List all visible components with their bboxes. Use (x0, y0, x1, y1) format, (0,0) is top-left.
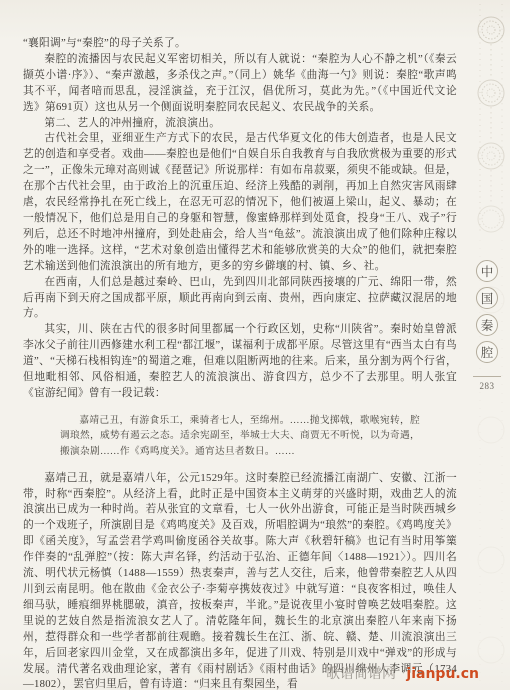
series-title-char: 腔 (481, 343, 494, 361)
sidebar-series-title: 中 国 秦 腔 283 (472, 260, 502, 391)
series-title-char: 秦 (481, 316, 494, 334)
book-page: “襄阳调”与“秦腔”的母子关系了。 秦腔的流播因与农民起义军密切相关，所以有人就… (0, 0, 510, 690)
series-title-char-circle: 国 (476, 287, 498, 309)
watermark-site-url: jianpu.cn (406, 666, 479, 682)
paragraph-chuan-shaan-region: 其实，川、陕在古代的很多时间里都属一个行政区划，史称“川陕省”。秦时始皇曾派李冰… (23, 322, 457, 402)
series-title-char: 国 (481, 289, 494, 307)
series-title-char-circle: 腔 (476, 341, 498, 363)
series-title-char-circle: 秦 (476, 314, 498, 336)
watermark-site-name: 歌谱简谱网 (326, 666, 396, 682)
block-quote-huanyou-jiwen: 嘉靖己丑，有游食乐工，乘骑者七人，至绵州。……抛戈掷戟，歌喉宛转，腔调琅然，威势… (60, 413, 420, 460)
watermark: 歌谱简谱网 jianpu.cn (326, 663, 479, 683)
paragraph-jiajing-history: 嘉靖己丑，就是嘉靖八年，公元1529年。这时秦腔已经流播江南湖广、安徽、江浙一带… (23, 471, 457, 690)
series-title-char-circle: 中 (476, 260, 498, 282)
folio-divider (473, 376, 501, 377)
paragraph-ancient-society: 古代社会里，亚细亚生产方式下的农民，是古代华夏文化的伟大创造者，也是人民文艺的创… (23, 131, 457, 274)
series-title-char: 中 (481, 262, 494, 280)
paragraph-mother-child-relation: “襄阳调”与“秦腔”的母子关系了。 (23, 36, 457, 52)
paragraph-peasant-uprising: 秦腔的流播因与农民起义军密切相关，所以有人就说：“秦腔为人心不静之机”（《秦云撷… (23, 52, 457, 116)
page-number: 283 (480, 381, 495, 391)
paragraph-southwest-route: 在西南，人们总是越过秦岭、巴山，先到四川北部同陕西接壤的广元、绵阳一带，然后再南… (23, 275, 457, 323)
paragraph-section-two-heading: 第二、艺人的冲州撞府，流浪演出。 (23, 116, 457, 132)
page-body-text: “襄阳调”与“秦腔”的母子关系了。 秦腔的流播因与农民起义军密切相关，所以有人就… (23, 36, 457, 690)
